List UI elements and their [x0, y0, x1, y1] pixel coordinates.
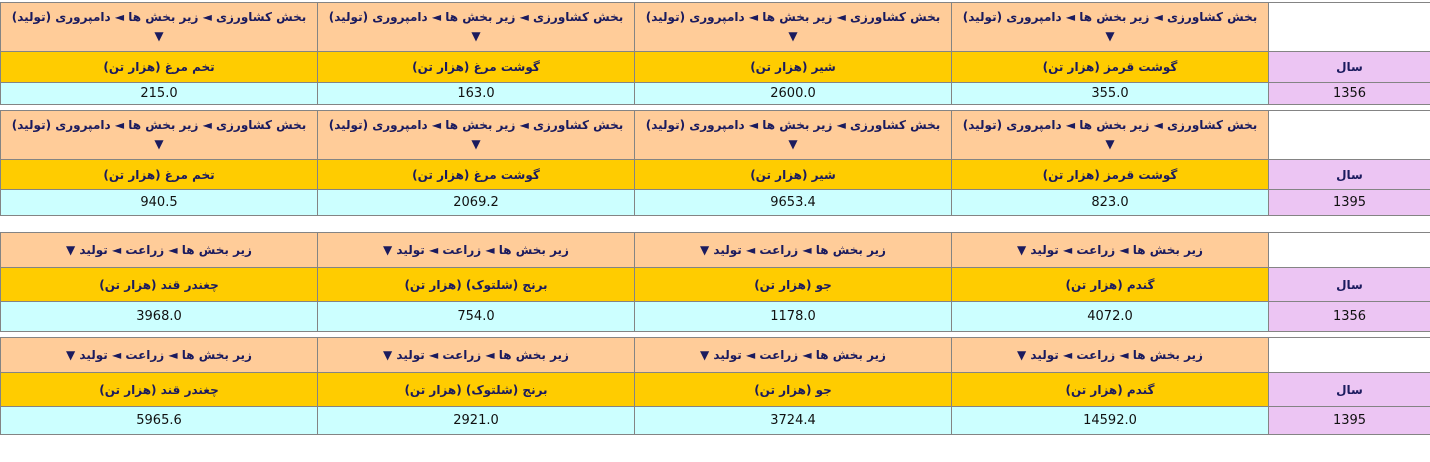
value-row: 3968.0 754.0 1178.0 4072.0 1356 — [1, 302, 1430, 332]
column-label-eggs: تخم مرغ (هزار تن) — [1, 160, 318, 190]
breadcrumb-dropdown-header[interactable]: زیر بخش ها ◄ زراعت ◄ تولید ▼ — [635, 233, 952, 268]
column-label-rice-paddy: برنج (شلتوک) (هزار تن) — [318, 373, 635, 407]
value-row: 215.0 163.0 2600.0 355.0 1356 — [1, 83, 1430, 105]
column-label-eggs: تخم مرغ (هزار تن) — [1, 52, 318, 83]
group-header-row: بخش کشاورزی ◄ زیر بخش ها ◄ دامپروری (تول… — [1, 3, 1430, 52]
breadcrumb-dropdown-header[interactable]: زیر بخش ها ◄ زراعت ◄ تولید ▼ — [952, 338, 1269, 373]
breadcrumb-dropdown-header[interactable]: بخش کشاورزی ◄ زیر بخش ها ◄ دامپروری (تول… — [1, 111, 318, 160]
breadcrumb-dropdown-header[interactable]: بخش کشاورزی ◄ زیر بخش ها ◄ دامپروری (تول… — [635, 111, 952, 160]
value-cell-barley: 1178.0 — [635, 302, 952, 332]
value-cell-red-meat: 823.0 — [952, 190, 1269, 216]
column-label-row: تخم مرغ (هزار تن) گوشت مرغ (هزار تن) شیر… — [1, 160, 1430, 190]
breadcrumb-dropdown-header[interactable]: زیر بخش ها ◄ زراعت ◄ تولید ▼ — [1, 338, 318, 373]
breadcrumb-dropdown-header[interactable]: زیر بخش ها ◄ زراعت ◄ تولید ▼ — [952, 233, 1269, 268]
value-cell-rice-paddy: 754.0 — [318, 302, 635, 332]
value-cell-wheat: 4072.0 — [952, 302, 1269, 332]
year-column-label: سال — [1269, 160, 1430, 190]
breadcrumb-dropdown-header[interactable]: بخش کشاورزی ◄ زیر بخش ها ◄ دامپروری (تول… — [318, 3, 635, 52]
year-header-spacer-cell — [1269, 3, 1430, 52]
column-label-row: تخم مرغ (هزار تن) گوشت مرغ (هزار تن) شیر… — [1, 52, 1430, 83]
column-label-barley: جو (هزار تن) — [635, 373, 952, 407]
year-value-cell: 1356 — [1269, 83, 1430, 105]
column-label-milk: شیر (هزار تن) — [635, 52, 952, 83]
year-header-spacer-cell — [1269, 233, 1430, 268]
crop-production-table-1395: زیر بخش ها ◄ زراعت ◄ تولید ▼ زیر بخش ها … — [0, 337, 1430, 435]
breadcrumb-dropdown-header[interactable]: بخش کشاورزی ◄ زیر بخش ها ◄ دامپروری (تول… — [318, 111, 635, 160]
column-label-rice-paddy: برنج (شلتوک) (هزار تن) — [318, 268, 635, 302]
value-cell-rice-paddy: 2921.0 — [318, 407, 635, 435]
value-cell-chicken-meat: 163.0 — [318, 83, 635, 105]
column-label-chicken-meat: گوشت مرغ (هزار تن) — [318, 160, 635, 190]
breadcrumb-dropdown-header[interactable]: زیر بخش ها ◄ زراعت ◄ تولید ▼ — [1, 233, 318, 268]
value-cell-milk: 2600.0 — [635, 83, 952, 105]
value-cell-sugar-beet: 5965.6 — [1, 407, 318, 435]
value-cell-barley: 3724.4 — [635, 407, 952, 435]
column-label-chicken-meat: گوشت مرغ (هزار تن) — [318, 52, 635, 83]
breadcrumb-dropdown-header[interactable]: زیر بخش ها ◄ زراعت ◄ تولید ▼ — [318, 338, 635, 373]
year-value-cell: 1395 — [1269, 190, 1430, 216]
column-label-wheat: گندم (هزار تن) — [952, 373, 1269, 407]
breadcrumb-dropdown-header[interactable]: بخش کشاورزی ◄ زیر بخش ها ◄ دامپروری (تول… — [635, 3, 952, 52]
column-label-barley: جو (هزار تن) — [635, 268, 952, 302]
year-header-spacer-cell — [1269, 111, 1430, 160]
group-header-row: زیر بخش ها ◄ زراعت ◄ تولید ▼ زیر بخش ها … — [1, 233, 1430, 268]
breadcrumb-dropdown-header[interactable]: بخش کشاورزی ◄ زیر بخش ها ◄ دامپروری (تول… — [952, 111, 1269, 160]
value-row: 5965.6 2921.0 3724.4 14592.0 1395 — [1, 407, 1430, 435]
column-label-sugar-beet: چغندر قند (هزار تن) — [1, 268, 318, 302]
agricultural-production-table-page: بخش کشاورزی ◄ زیر بخش ها ◄ دامپروری (تول… — [0, 0, 1430, 462]
group-header-row: زیر بخش ها ◄ زراعت ◄ تولید ▼ زیر بخش ها … — [1, 338, 1430, 373]
column-label-milk: شیر (هزار تن) — [635, 160, 952, 190]
column-label-sugar-beet: چغندر قند (هزار تن) — [1, 373, 318, 407]
breadcrumb-dropdown-header[interactable]: بخش کشاورزی ◄ زیر بخش ها ◄ دامپروری (تول… — [1, 3, 318, 52]
year-value-cell: 1356 — [1269, 302, 1430, 332]
group-header-row: بخش کشاورزی ◄ زیر بخش ها ◄ دامپروری (تول… — [1, 111, 1430, 160]
value-cell-red-meat: 355.0 — [952, 83, 1269, 105]
year-header-spacer-cell — [1269, 338, 1430, 373]
value-cell-chicken-meat: 2069.2 — [318, 190, 635, 216]
year-column-label: سال — [1269, 268, 1430, 302]
value-cell-sugar-beet: 3968.0 — [1, 302, 318, 332]
value-cell-eggs: 215.0 — [1, 83, 318, 105]
breadcrumb-dropdown-header[interactable]: زیر بخش ها ◄ زراعت ◄ تولید ▼ — [635, 338, 952, 373]
column-label-red-meat: گوشت قرمز (هزار تن) — [952, 52, 1269, 83]
column-label-red-meat: گوشت قرمز (هزار تن) — [952, 160, 1269, 190]
crop-production-table-1356: زیر بخش ها ◄ زراعت ◄ تولید ▼ زیر بخش ها … — [0, 232, 1430, 332]
column-label-wheat: گندم (هزار تن) — [952, 268, 1269, 302]
livestock-production-table-1356: بخش کشاورزی ◄ زیر بخش ها ◄ دامپروری (تول… — [0, 2, 1430, 105]
value-cell-eggs: 940.5 — [1, 190, 318, 216]
breadcrumb-dropdown-header[interactable]: بخش کشاورزی ◄ زیر بخش ها ◄ دامپروری (تول… — [952, 3, 1269, 52]
year-value-cell: 1395 — [1269, 407, 1430, 435]
value-cell-wheat: 14592.0 — [952, 407, 1269, 435]
value-cell-milk: 9653.4 — [635, 190, 952, 216]
year-column-label: سال — [1269, 52, 1430, 83]
livestock-production-table-1395: بخش کشاورزی ◄ زیر بخش ها ◄ دامپروری (تول… — [0, 110, 1430, 216]
column-label-row: چغندر قند (هزار تن) برنج (شلتوک) (هزار ت… — [1, 268, 1430, 302]
breadcrumb-dropdown-header[interactable]: زیر بخش ها ◄ زراعت ◄ تولید ▼ — [318, 233, 635, 268]
column-label-row: چغندر قند (هزار تن) برنج (شلتوک) (هزار ت… — [1, 373, 1430, 407]
value-row: 940.5 2069.2 9653.4 823.0 1395 — [1, 190, 1430, 216]
year-column-label: سال — [1269, 373, 1430, 407]
